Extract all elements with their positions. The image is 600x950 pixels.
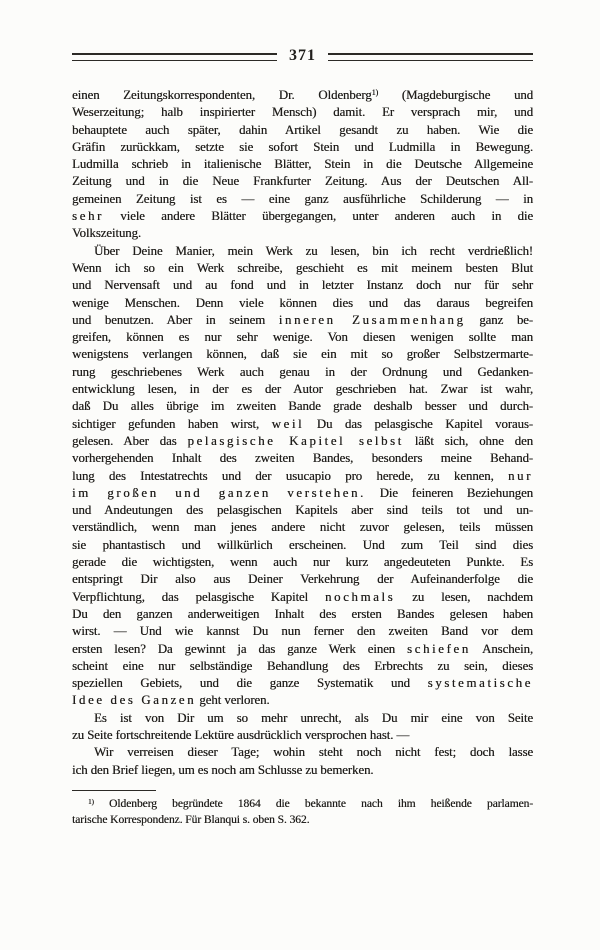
text-line: zu Seite fortschreitende Lektüre ausdrüc…	[72, 727, 533, 744]
text-line: entwicklung lesen, in der es der Autor g…	[72, 381, 533, 398]
text-line: behauptete auch später, dahin Artikel ge…	[72, 122, 533, 139]
text-line: Gräfin zurückkam, setzte sie sofort Stei…	[72, 139, 533, 156]
running-head: 371	[72, 48, 533, 66]
text-line: Idee des Ganzen geht verloren.	[72, 692, 533, 709]
text-line: lung des Intestatrechts und der usucapio…	[72, 468, 533, 485]
text-line: Weserzeitung; halb inspirierter Mensch) …	[72, 104, 533, 121]
text-line: sichtiger gefunden haben wirst, weil Du …	[72, 416, 533, 433]
emphasized-text: weil	[272, 417, 305, 431]
text-line: Wenn ich so ein Werk schreibe, geschieht…	[72, 260, 533, 277]
footnote-marker: 1)	[372, 88, 378, 97]
emphasized-text: inneren Zusammenhang	[279, 313, 466, 327]
text-line: Zeitung und in die Neue Frankfurter Zeit…	[72, 173, 533, 190]
text-line: und benutzen. Aber in seinem inneren Zus…	[72, 312, 533, 329]
book-page: 371 einen Zeitungskorrespondenten, Dr. O…	[0, 0, 600, 950]
text-line: gerade die wichtigsten, wenn auch nur ku…	[72, 554, 533, 571]
text-line: gelesen. Aber das pelasgische Kapitel se…	[72, 433, 533, 450]
text-line: wirst. — Und wie kannst Du nun ferner de…	[72, 623, 533, 640]
text-line: sehr viele andere Blätter übergegangen, …	[72, 208, 533, 225]
text-line: und Nervensaft und au fond und in letzte…	[72, 277, 533, 294]
footnote-line: 1) Oldenberg begründete 1864 die bekannt…	[72, 796, 533, 812]
paragraph-3: Es ist von Dir um so mehr unrecht, als D…	[72, 710, 533, 745]
text-line: und Andeutungen des pelasgischen Kapitel…	[72, 502, 533, 519]
text-line: vorhergehenden Inhalt des zweiten Bandes…	[72, 450, 533, 467]
text-line: Du den ganzen anderweitigen Inhalt des e…	[72, 606, 533, 623]
text-line: wenige Menschen. Denn viele können dies …	[72, 295, 533, 312]
text-line: greifen, können es nur sehr wenige. Von …	[72, 329, 533, 346]
text-line: Volkszeitung.	[72, 225, 533, 242]
header-rule-right	[328, 53, 533, 61]
letter-body: einen Zeitungskorrespondenten, Dr. Olden…	[72, 87, 533, 828]
footnote: 1) Oldenberg begründete 1864 die bekannt…	[72, 796, 533, 828]
text-line: daß Du alles übrige im zweiten Bande gra…	[72, 398, 533, 415]
page-number: 371	[277, 48, 328, 64]
text-line: speziellen Gebiets, und die ganze System…	[72, 675, 533, 692]
header-rule-left	[72, 53, 277, 61]
text-line: Wir verreisen dieser Tage; wohin steht n…	[72, 744, 533, 761]
footnote-marker: 1)	[88, 798, 94, 806]
emphasized-text: Idee des Ganzen	[72, 693, 196, 707]
text-line: Es ist von Dir um so mehr unrecht, als D…	[72, 710, 533, 727]
footnote-separator	[72, 790, 156, 791]
text-line: im großen und ganzen verstehen. Die fein…	[72, 485, 533, 502]
paragraph-4: Wir verreisen dieser Tage; wohin steht n…	[72, 744, 533, 779]
text-line: rung geschriebenes Werk auch genau in de…	[72, 364, 533, 381]
text-line: einen Zeitungskorrespondenten, Dr. Olden…	[72, 87, 533, 104]
text-line: entspringt Dir also aus Deiner Verkehrun…	[72, 571, 533, 588]
emphasized-text: systematische	[428, 676, 533, 690]
paragraphs-container: einen Zeitungskorrespondenten, Dr. Olden…	[72, 87, 533, 779]
text-line: Ludmilla schrieb in italienische Blätter…	[72, 156, 533, 173]
paragraph-2: Über Deine Manier, mein Werk zu lesen, b…	[72, 243, 533, 710]
emphasized-text: nur	[508, 469, 533, 483]
emphasized-text: im großen und ganzen verstehen.	[72, 486, 366, 500]
text-line: Über Deine Manier, mein Werk zu lesen, b…	[72, 243, 533, 260]
text-line: gemeinen Zeitung ist es — eine ganz ausf…	[72, 191, 533, 208]
emphasized-text: pelasgische Kapitel selbst	[187, 434, 403, 448]
emphasized-text: sehr	[72, 209, 104, 223]
emphasized-text: nochmals	[325, 590, 395, 604]
text-line: wenigstens verlangen können, daß sie ein…	[72, 346, 533, 363]
text-line: scheint eine nur selbständige Behandlung…	[72, 658, 533, 675]
paragraph-1: einen Zeitungskorrespondenten, Dr. Olden…	[72, 87, 533, 243]
text-line: Verpflichtung, das pelasgische Kapitel n…	[72, 589, 533, 606]
text-line: ich den Brief liegen, um es noch am Schl…	[72, 762, 533, 779]
emphasized-text: schiefen	[407, 642, 471, 656]
footnote-line: tarische Korrespondenz. Für Blanqui s. o…	[72, 812, 533, 828]
text-line: verständlich, wenn man jenes andere nich…	[72, 519, 533, 536]
text-line: ersten lesen? Da gewinnt ja das ganze We…	[72, 641, 533, 658]
text-line: sie phantastisch und willkürlich erschei…	[72, 537, 533, 554]
